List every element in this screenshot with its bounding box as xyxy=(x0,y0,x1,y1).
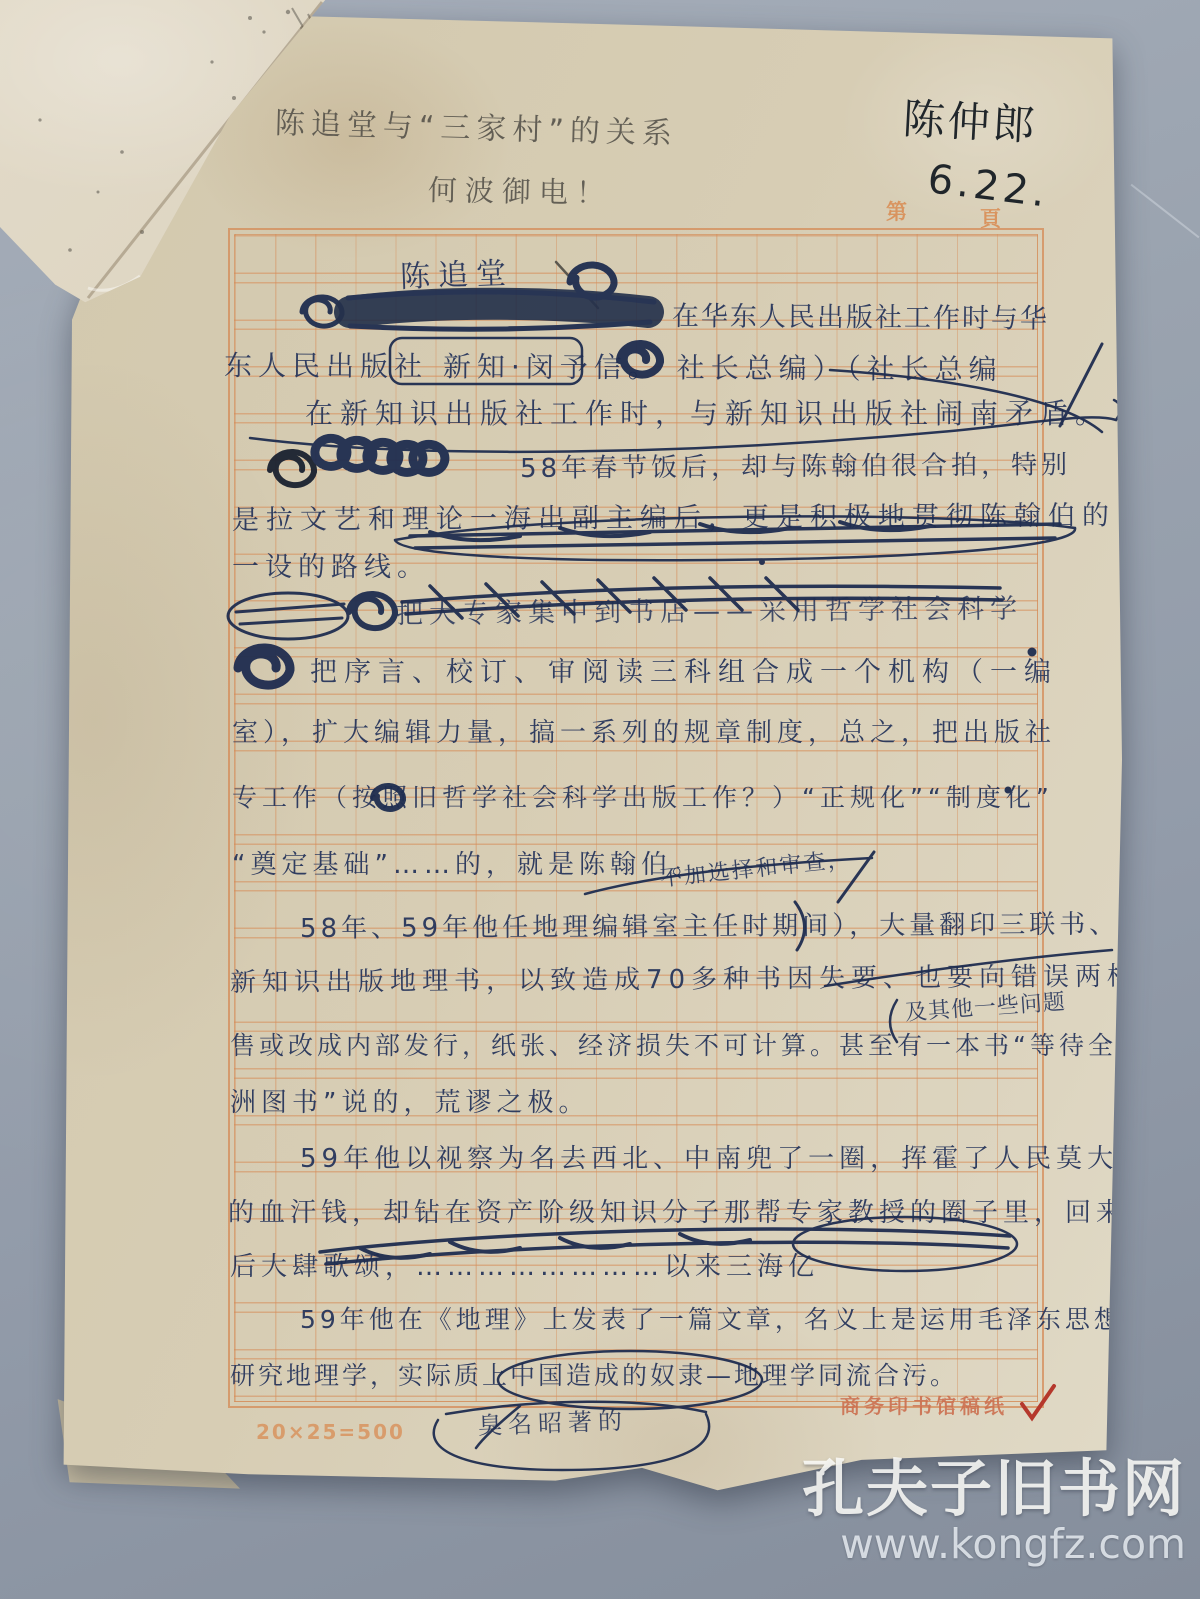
watermark-site-url: www.kongfz.com xyxy=(802,1524,1186,1565)
red-check-mark xyxy=(1022,1386,1054,1418)
manuscript-paper: 第 頁 20×25=500 商务印书馆稿纸 陈追堂与“三家村”的关系 何波御电！… xyxy=(0,0,1200,1599)
manuscript-sheet: 第 頁 20×25=500 商务印书馆稿纸 陈追堂与“三家村”的关系 何波御电！… xyxy=(0,0,1200,1599)
watermark-site-name: 孔夫子旧书网 xyxy=(802,1458,1186,1520)
watermark: 孔夫子旧书网 www.kongfz.com xyxy=(802,1458,1186,1565)
photo-of-manuscript: 第 頁 20×25=500 商务印书馆稿纸 陈追堂与“三家村”的关系 何波御电！… xyxy=(0,0,1200,1599)
ink-redaction-overlay xyxy=(0,0,1200,1599)
